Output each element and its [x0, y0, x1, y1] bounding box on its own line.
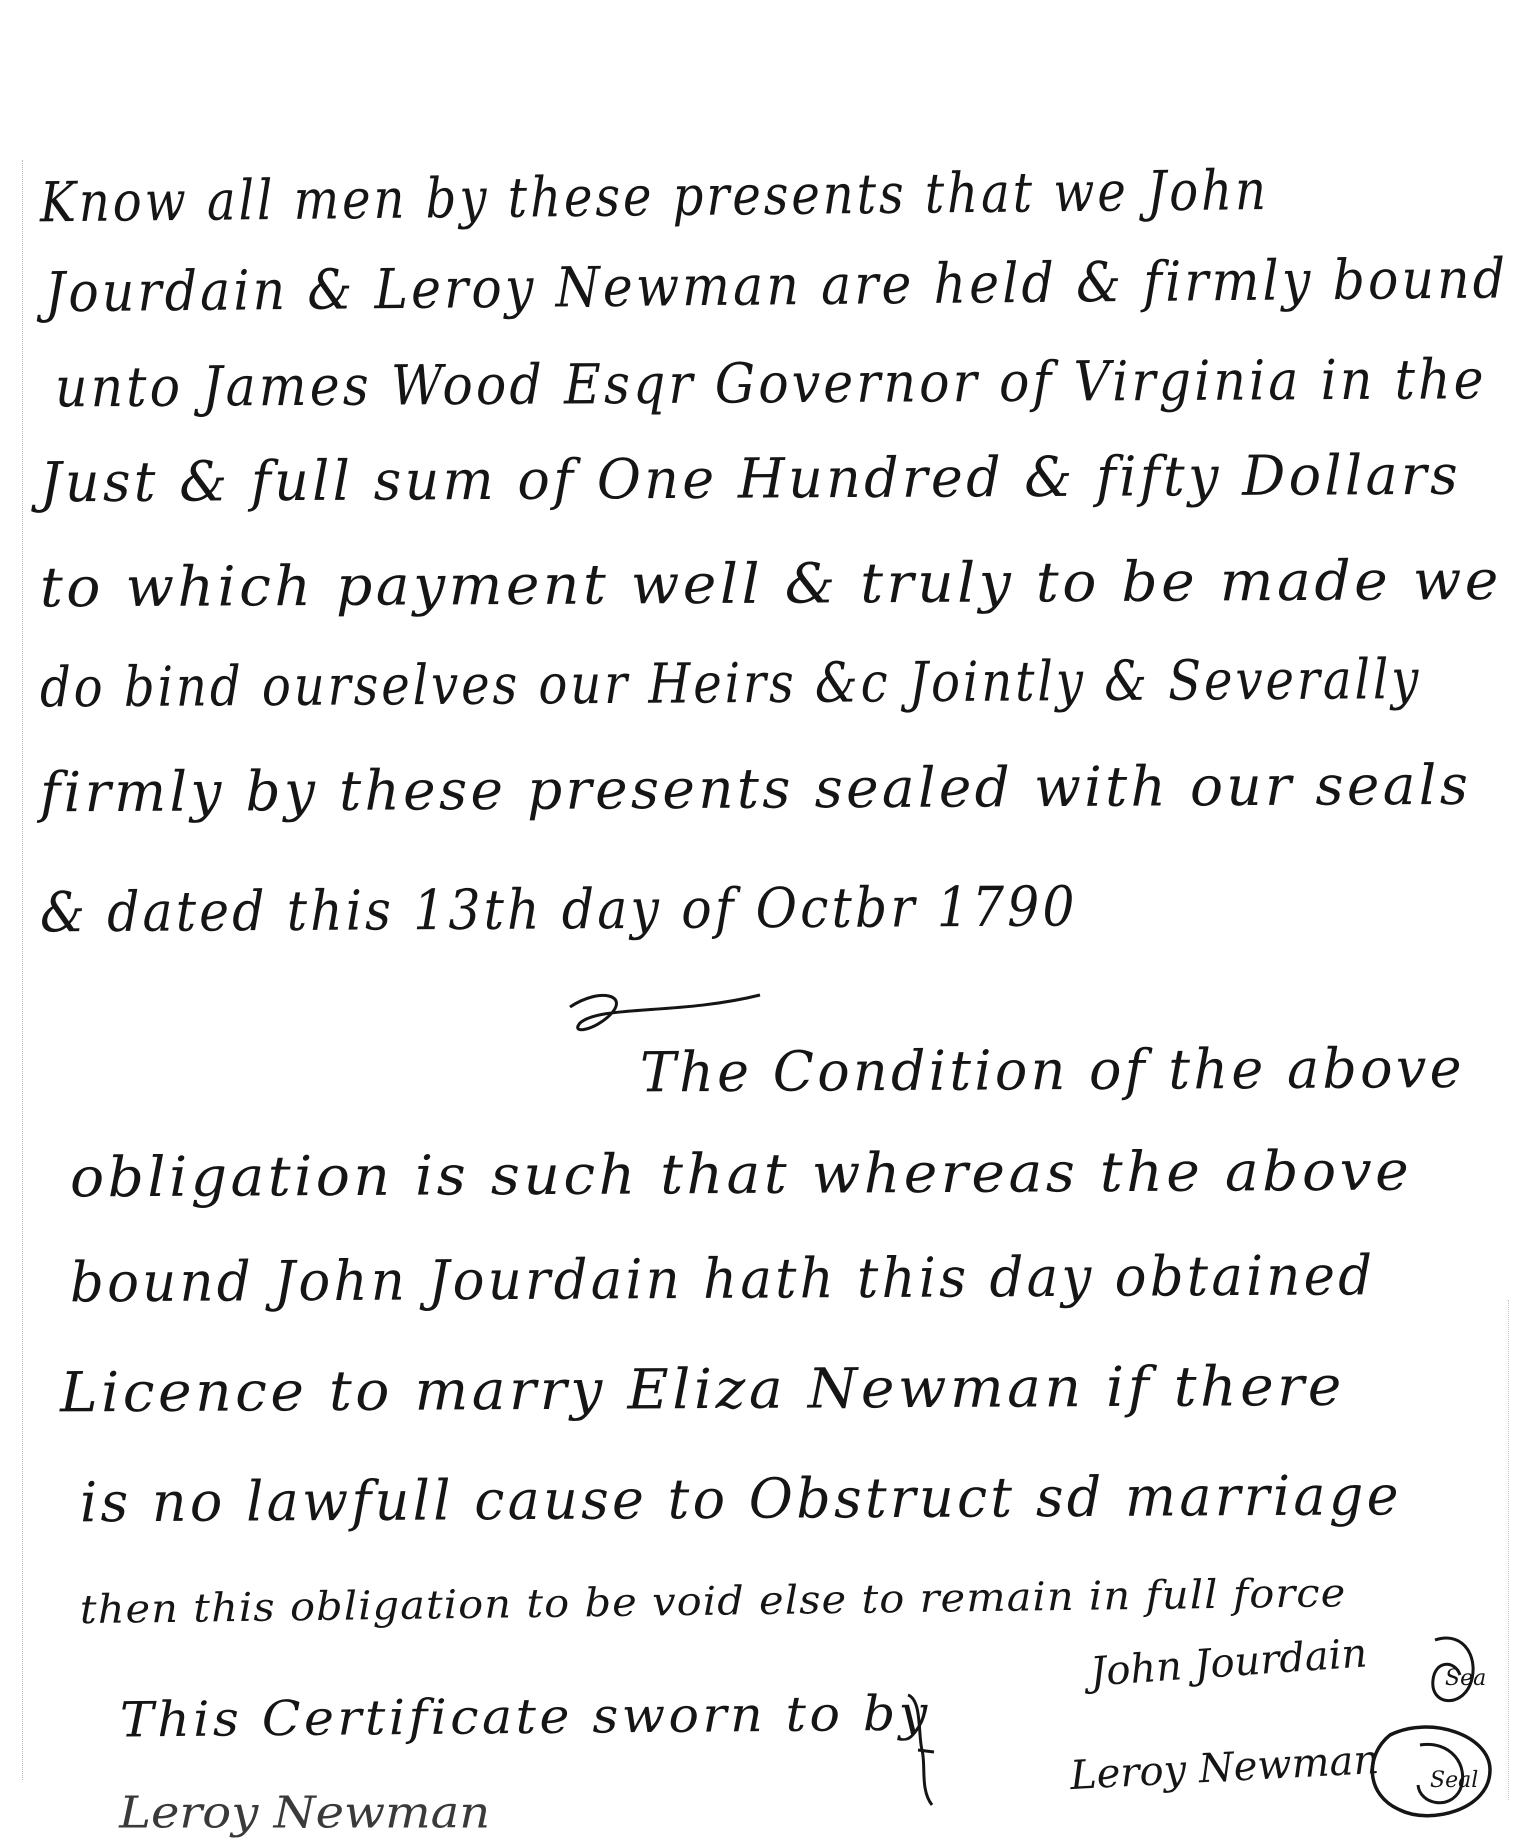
body-line-8-date: & dated this 13th day of Octbr 1790 — [40, 875, 1078, 945]
certificate-line: This Certificate sworn to by — [120, 1686, 931, 1749]
body-line-1: Know all men by these presents that we J… — [40, 158, 1269, 235]
condition-line-2: bound John Jourdain hath this day obtain… — [70, 1244, 1376, 1316]
body-line-2: Jourdain & Leroy Newman are held & firml… — [45, 247, 1509, 325]
signature-leroy-newman: Leroy Newman — [1069, 1737, 1380, 1799]
body-line-4: Just & full sum of One Hundred & fifty D… — [40, 443, 1461, 515]
condition-line-3: Licence to marry Eliza Newman if there — [60, 1354, 1345, 1425]
page-margin-rule — [22, 160, 23, 1780]
seal-label: Seal — [1445, 1666, 1485, 1691]
condition-line-4: is no lawfull cause to Obstruct sd marri… — [80, 1464, 1402, 1536]
seal-label: Seal — [1430, 1768, 1478, 1793]
brace-icon — [900, 1690, 940, 1810]
condition-heading: The Condition of the above — [640, 1036, 1465, 1105]
seal-icon-leroy: Seal — [1350, 1715, 1500, 1825]
condition-line-5: then this obligation to be void else to … — [80, 1571, 1347, 1633]
seal-icon-john: Seal — [1415, 1630, 1485, 1710]
document-page: Know all men by these presents that we J… — [0, 0, 1540, 1840]
page-edge-rule — [1508, 1300, 1509, 1800]
body-line-3: unto James Wood Esqr Governor of Virgini… — [55, 348, 1487, 421]
body-line-7: firmly by these presents sealed with our… — [40, 753, 1472, 825]
certificate-signer: Leroy Newman — [119, 1788, 490, 1839]
flourish-divider-icon — [560, 985, 770, 1045]
body-line-6: do bind ourselves our Heirs &c Jointly &… — [40, 647, 1422, 720]
condition-line-1: obligation is such that whereas the abov… — [70, 1139, 1413, 1210]
body-line-5: to which payment well & truly to be made… — [40, 548, 1502, 620]
signature-john-jourdain: John Jourdain — [1089, 1630, 1369, 1695]
